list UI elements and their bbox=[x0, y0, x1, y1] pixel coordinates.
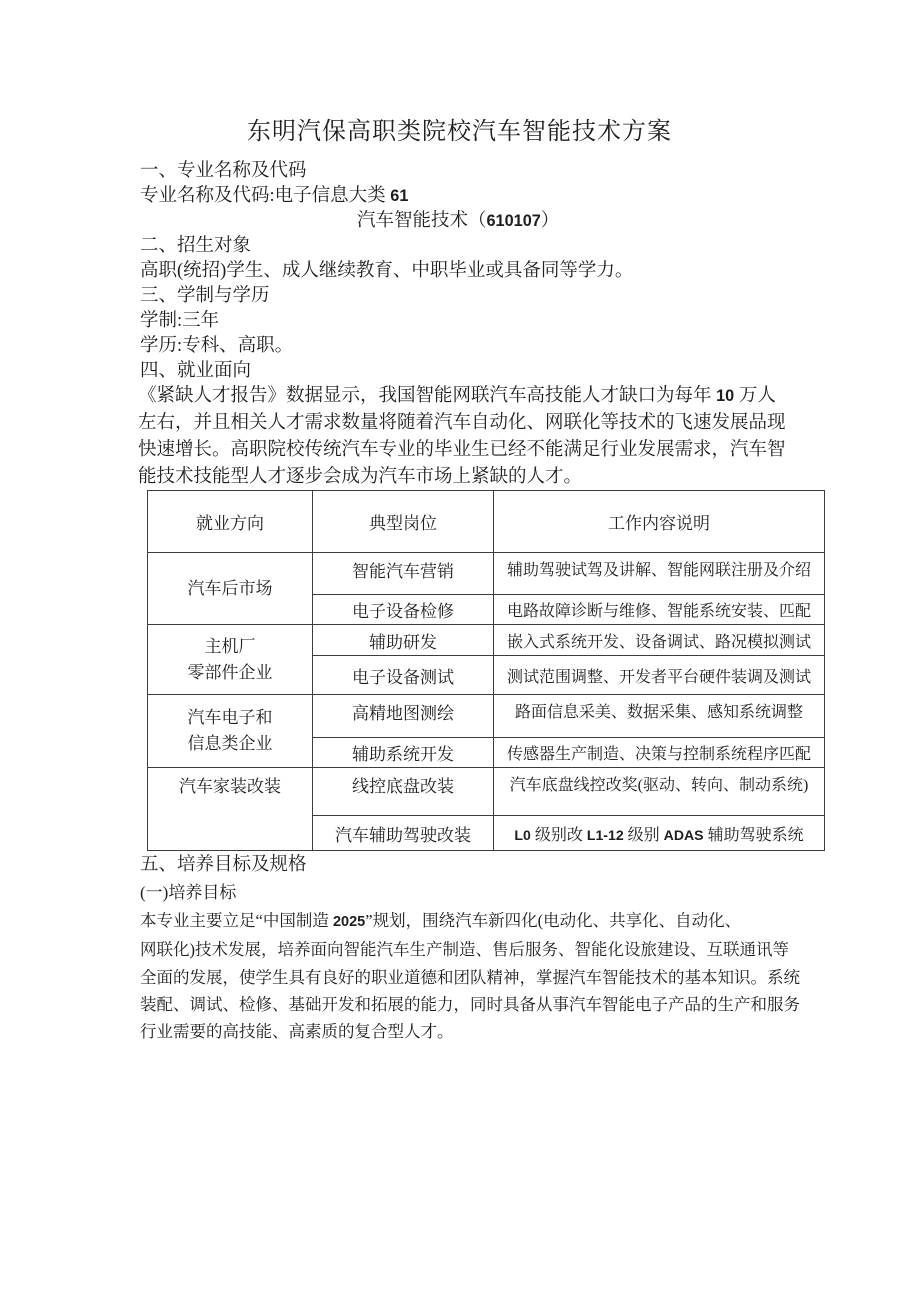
employment-paragraph-line-3: 快速增长。高职院校传统汽车专业的毕业生已经不能满足行业发展需求，汽车智 bbox=[138, 437, 786, 464]
major-class-code: 61 bbox=[390, 187, 408, 205]
section-3-heading: 三、学制与学历 bbox=[140, 284, 633, 309]
table-row: 汽车家装改装 线控底盘改装 汽车底盘线控改奖(驱动、转向、制动系统) bbox=[148, 768, 825, 816]
schooling-line: 学制:三年 bbox=[140, 309, 633, 334]
direction-text-line-1: 主机厂 bbox=[148, 634, 312, 660]
position-cell: 辅助系统开发 bbox=[313, 738, 494, 768]
description-cell: 嵌入式系统开发、设备调试、路况模拟测试 bbox=[494, 625, 825, 656]
direction-text-line-1: 汽车电子和 bbox=[148, 705, 312, 731]
section-2-heading: 二、招生对象 bbox=[140, 234, 633, 259]
training-paragraph-line-1: 本专业主要立足“中国制造 2025”规划，围绕汽车新四化(电动化、共享化、自动化… bbox=[140, 907, 800, 936]
training-line-1-text: 本专业主要立足“中国制造 bbox=[140, 911, 333, 930]
section-1-heading: 一、专业名称及代码 bbox=[140, 159, 633, 184]
employment-paragraph-line-4: 能技术技能型人才逐步会成为汽车市场上紧缺的人才。 bbox=[138, 464, 786, 491]
major-name-text: 汽车智能技术（ bbox=[357, 211, 487, 231]
desc-text: 级别改 bbox=[531, 827, 587, 844]
major-code-number: 610107 bbox=[487, 212, 541, 230]
direction-cell-electronics: 汽车电子和 信息类企业 bbox=[148, 695, 313, 768]
direction-text: 汽车家装改装 bbox=[148, 774, 312, 800]
training-paragraph-line-5: 行业需要的高技能、高素质的复合型人才。 bbox=[140, 1018, 800, 1045]
desc-text: 辅助驾驶系统 bbox=[704, 827, 804, 844]
adas-level-range: L1-12 bbox=[587, 827, 624, 843]
table-row: 主机厂 零部件企业 辅助研发 嵌入式系统开发、设备调试、路况模拟测试 bbox=[148, 625, 825, 656]
position-cell: 辅助研发 bbox=[313, 625, 494, 656]
description-cell: 辅助驾驶试驾及讲解、智能网联注册及介绍 bbox=[494, 553, 825, 595]
table-header-row: 就业方向 典型岗位 工作内容说明 bbox=[148, 491, 825, 553]
description-cell: 汽车底盘线控改奖(驱动、转向、制动系统) bbox=[494, 768, 825, 816]
section-5-sub-heading: (一)培养目标 bbox=[140, 879, 800, 906]
degree-line: 学历:专科、高职。 bbox=[140, 334, 633, 359]
major-code-label: 专业名称及代码:电子信息大类 bbox=[140, 186, 390, 206]
training-paragraph-line-3: 全面的发展，使学生具有良好的职业道德和团队精神，掌握汽车智能技术的基本知识。系统 bbox=[140, 964, 800, 991]
direction-text: 汽车后市场 bbox=[148, 576, 312, 602]
shortage-number: 10 bbox=[716, 387, 734, 405]
document-title: 东明汽保高职类院校汽车智能技术方案 bbox=[0, 111, 919, 146]
sections-1-to-4: 一、专业名称及代码 专业名称及代码:电子信息大类 61 汽车智能技术（61010… bbox=[140, 159, 633, 384]
table-row: 汽车电子和 信息类企业 高精地图测绘 路面信息采美、数据采集、感知系统调整 bbox=[148, 695, 825, 738]
employment-paragraph: 《紧缺人才报告》数据显示，我国智能网联汽车高技能人才缺口为每年 10 万人 左右… bbox=[138, 383, 786, 491]
section-4-heading: 四、就业面向 bbox=[140, 359, 633, 384]
direction-cell-oem: 主机厂 零部件企业 bbox=[148, 625, 313, 695]
section-2-body: 高职(统招)学生、成人继续教育、中职毕业或具备同等学力。 bbox=[140, 259, 633, 284]
description-cell: 电路故障诊断与维修、智能系统安装、匹配 bbox=[494, 595, 825, 625]
position-cell: 高精地图测绘 bbox=[313, 695, 494, 738]
adas-level-0: L0 bbox=[514, 827, 530, 843]
training-paragraph-line-2: 网联化)技术发展，培养面向智能汽车生产制造、售后服务、智能化设旅建设、互联通讯等 bbox=[140, 936, 800, 963]
training-paragraph-line-4: 装配、调试、检修、基础开发和拓展的能力，同时具备从事汽车智能电子产品的生产和服务 bbox=[140, 991, 800, 1018]
made-in-china-year: 2025 bbox=[333, 914, 365, 930]
employment-paragraph-line-2: 左右，并且相关人才需求数量将随着汽车自动化、网联化等技术的飞速发展品现 bbox=[138, 410, 786, 437]
employment-line-1-tail: 万人 bbox=[734, 386, 776, 406]
direction-text-line-2: 信息类企业 bbox=[148, 731, 312, 757]
description-cell: 传感器生产制造、决策与控制系统程序匹配 bbox=[494, 738, 825, 768]
description-cell: 测试范围调整、开发者平台硬件装调及测试 bbox=[494, 656, 825, 695]
desc-text: 级别 bbox=[624, 827, 664, 844]
training-line-1-tail: ”规划，围绕汽车新四化(电动化、共享化、自动化、 bbox=[365, 911, 741, 930]
major-code-line: 专业名称及代码:电子信息大类 61 bbox=[140, 184, 633, 209]
adas-acronym: ADAS bbox=[664, 827, 704, 843]
direction-cell-aftermarket: 汽车后市场 bbox=[148, 553, 313, 625]
col-header-description: 工作内容说明 bbox=[494, 491, 825, 553]
position-cell: 电子设备测试 bbox=[313, 656, 494, 695]
col-header-direction: 就业方向 bbox=[148, 491, 313, 553]
description-cell: L0 级别改 L1-12 级别 ADAS 辅助驾驶系统 bbox=[494, 816, 825, 851]
col-header-position: 典型岗位 bbox=[313, 491, 494, 553]
position-cell: 汽车辅助驾驶改装 bbox=[313, 816, 494, 851]
employment-line-1-text: 《紧缺人才报告》数据显示，我国智能网联汽车高技能人才缺口为每年 bbox=[138, 386, 716, 406]
employment-paragraph-line-1: 《紧缺人才报告》数据显示，我国智能网联汽车高技能人才缺口为每年 10 万人 bbox=[138, 383, 786, 410]
section-5: 五、培养目标及规格 (一)培养目标 本专业主要立足“中国制造 2025”规划，围… bbox=[140, 852, 800, 1046]
table-row: 汽车后市场 智能汽车营销 辅助驾驶试驾及讲解、智能网联注册及介绍 bbox=[148, 553, 825, 595]
major-name-line: 汽车智能技术（610107） bbox=[357, 209, 633, 234]
employment-table: 就业方向 典型岗位 工作内容说明 汽车后市场 智能汽车营销 辅助驾驶试驾及讲解、… bbox=[147, 490, 825, 851]
position-cell: 智能汽车营销 bbox=[313, 553, 494, 595]
description-cell: 路面信息采美、数据采集、感知系统调整 bbox=[494, 695, 825, 738]
direction-cell-refit: 汽车家装改装 bbox=[148, 768, 313, 851]
major-name-close-paren: ） bbox=[541, 211, 560, 231]
position-cell: 线控底盘改装 bbox=[313, 768, 494, 816]
position-cell: 电子设备检修 bbox=[313, 595, 494, 625]
document-page: 东明汽保高职类院校汽车智能技术方案 一、专业名称及代码 专业名称及代码:电子信息… bbox=[0, 0, 919, 1300]
section-5-heading: 五、培养目标及规格 bbox=[140, 852, 800, 879]
direction-text-line-2: 零部件企业 bbox=[148, 660, 312, 686]
